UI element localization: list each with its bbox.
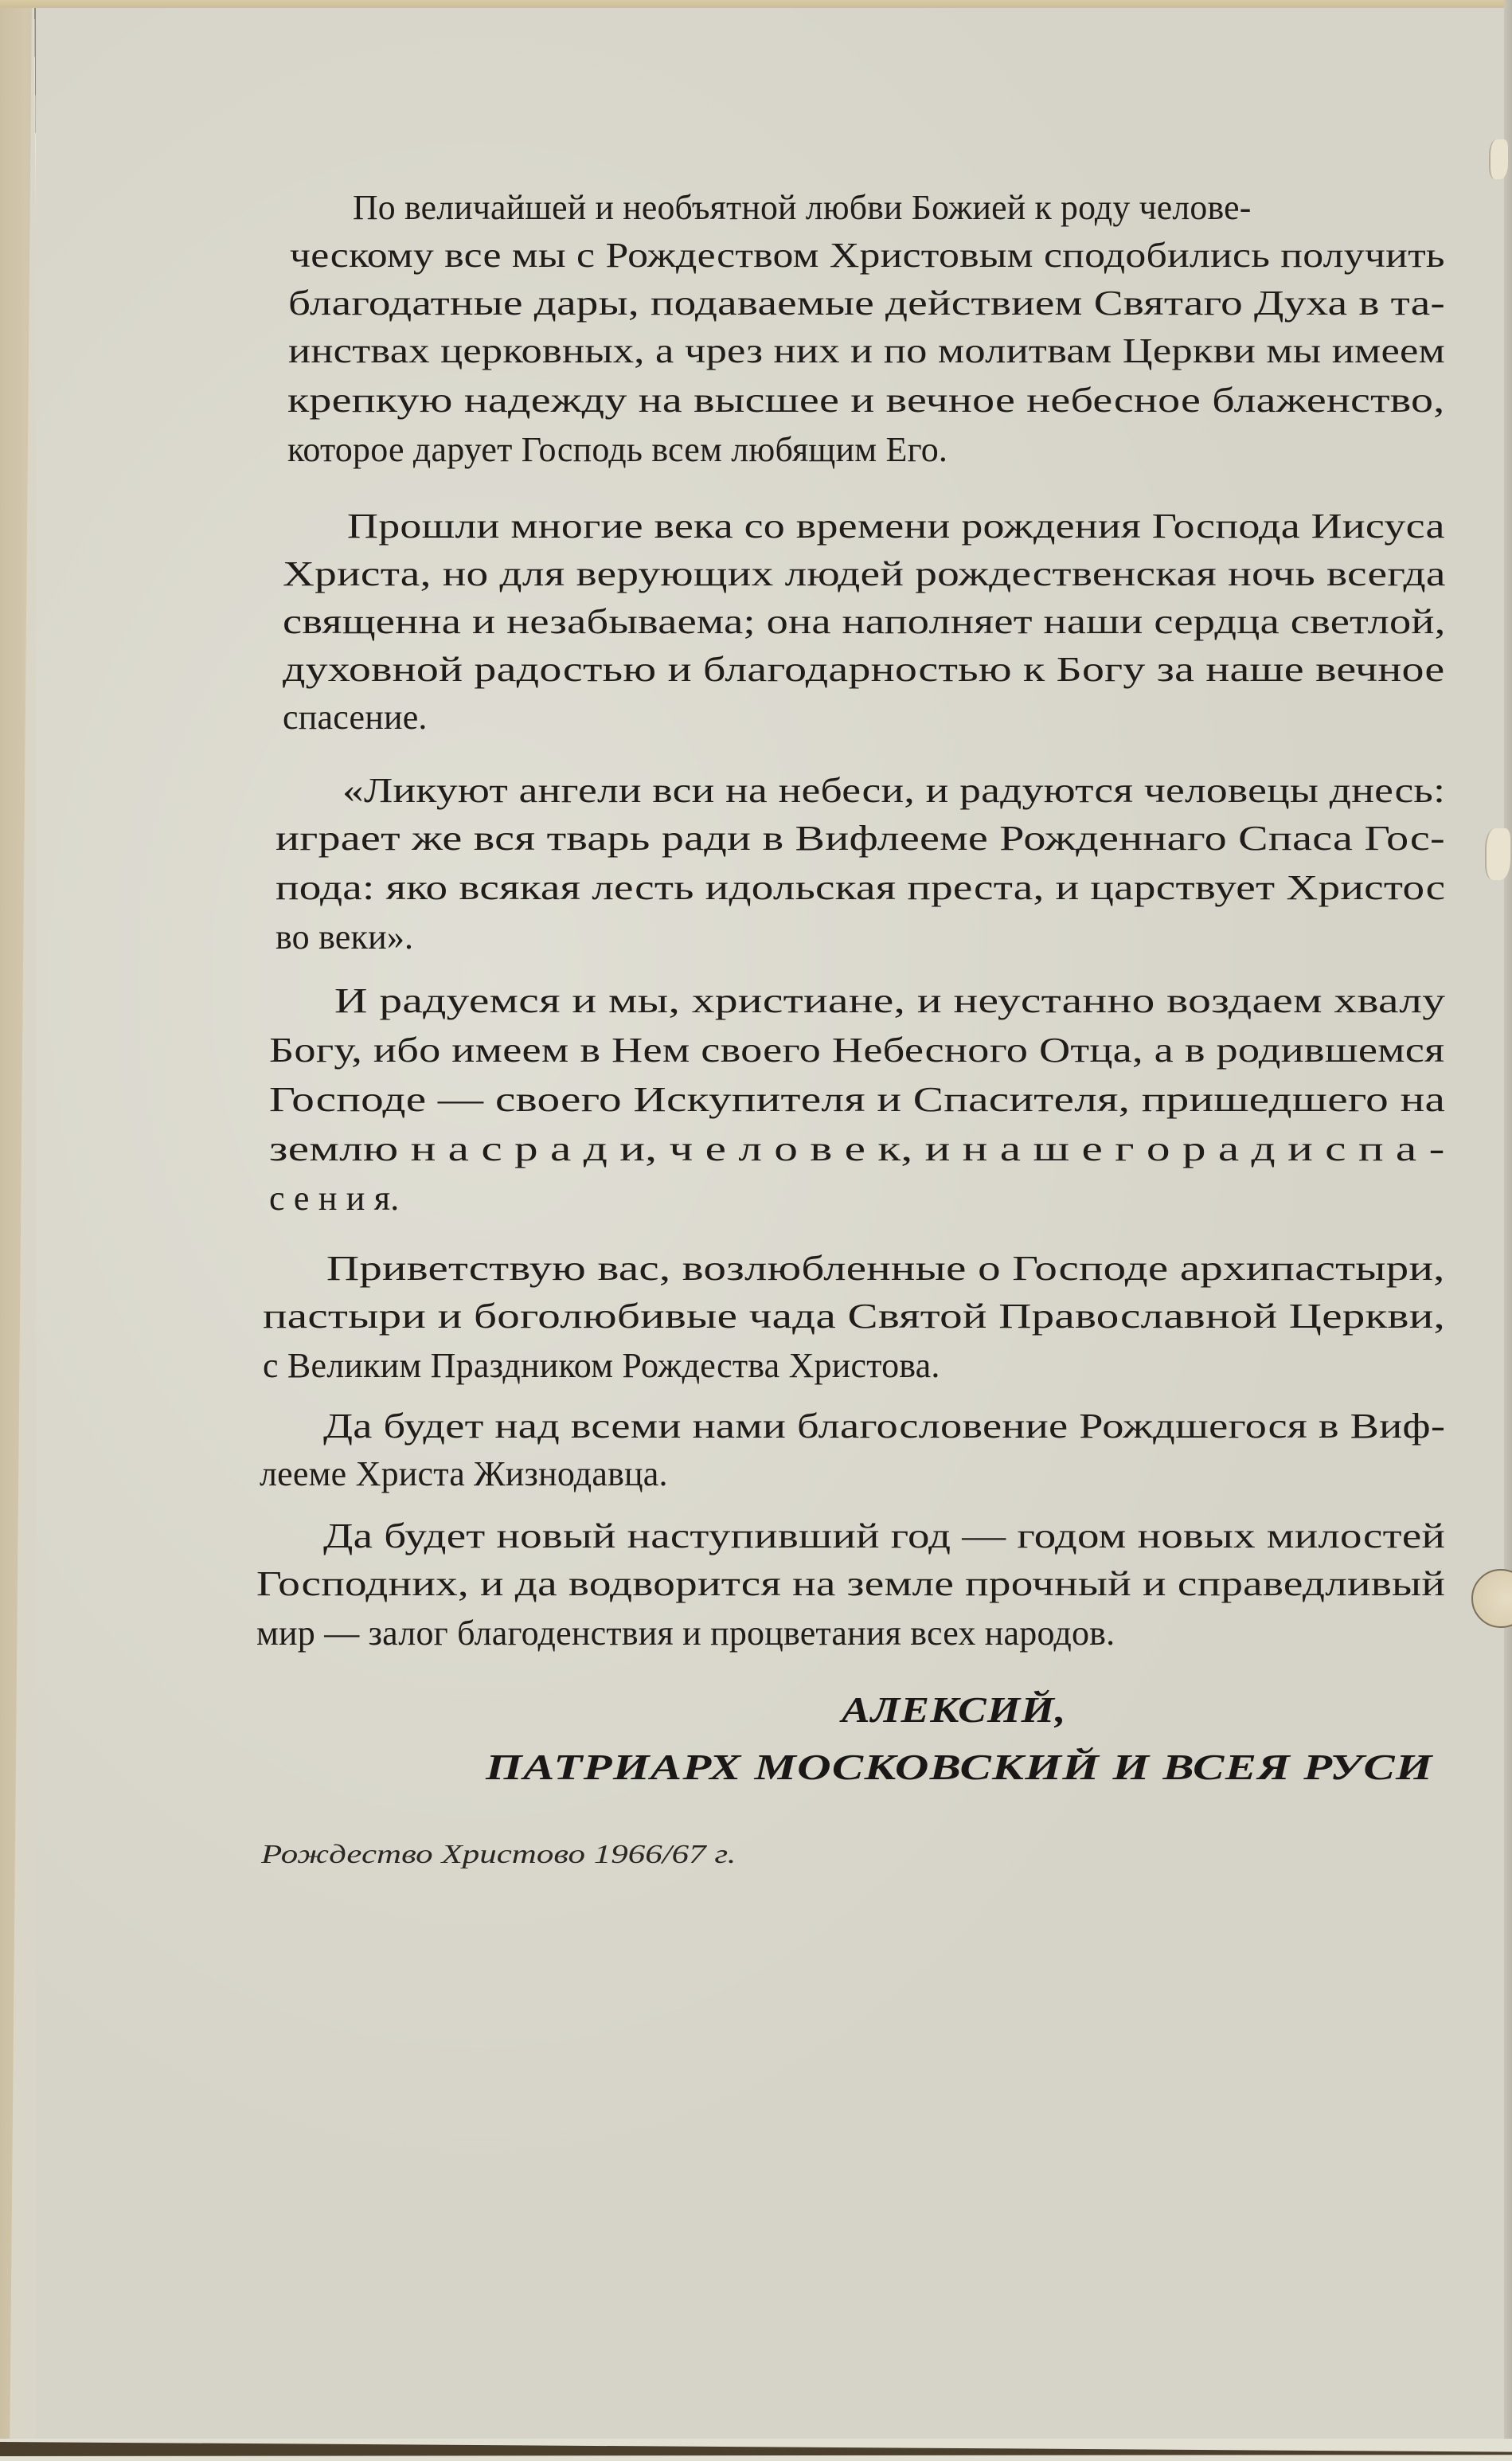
text-line: лееме Христа Жизнодавца.	[260, 1454, 668, 1494]
dateline: Рождество Христово 1966/67 г.	[261, 1840, 736, 1870]
scan-top-edge	[0, 0, 1512, 8]
text-line: Прошли многие века со времени рождения Г…	[347, 507, 1445, 546]
text-line: спасение.	[283, 698, 428, 738]
scan-bottom-edge	[0, 2439, 1512, 2461]
edge-tear-middle	[1485, 828, 1510, 880]
text-line: пода: яко всякая лесть идольская преста,…	[275, 868, 1445, 908]
text-line: во веки».	[275, 917, 413, 957]
text-line: ческому все мы с Рождеством Христовым сп…	[290, 236, 1445, 276]
text-line: благодатные дары, подаваемые действием С…	[288, 284, 1445, 323]
text-line: инствах церковных, а чрез них и по молит…	[288, 331, 1445, 371]
scan-left-margin-strip	[0, 0, 32, 2461]
text-line: пастыри и боголюбивые чада Святой Правос…	[263, 1297, 1445, 1336]
text-line: с е н и я.	[269, 1179, 399, 1219]
paper-page	[36, 6, 1512, 2441]
text-line: «Ликуют ангели вси на небеси, и радуются…	[342, 771, 1445, 811]
text-line: с Великим Праздником Рождества Христова.	[263, 1346, 940, 1386]
text-line: землю н а с р а д и, ч е л о в е к, и н …	[269, 1129, 1445, 1169]
text-line: Да будет над всеми нами благословение Ро…	[323, 1407, 1445, 1446]
text-line: Богу, ибо имеем в Нем своего Небесного О…	[269, 1031, 1444, 1070]
text-line: И радуемся и мы, христиане, и неустанно …	[334, 981, 1445, 1021]
text-line: Приветствую вас, возлюбленные о Господе …	[326, 1249, 1445, 1289]
text-line: мир — залог благоденствия и процветания …	[256, 1614, 1115, 1653]
text-line: крепкую надежду на высшее и вечное небес…	[287, 381, 1444, 421]
text-line: Господе — своего Искупителя и Спасителя,…	[269, 1080, 1445, 1120]
text-line: По величайшей и необъятной любви Божией …	[353, 188, 1445, 228]
scan-right-edge	[1504, 0, 1512, 2461]
text-line: священна и незабываема; она наполняет на…	[283, 602, 1446, 642]
signature-title: ПАТРИАРХ МОСКОВСКИЙ И ВСЕЯ РУСИ	[486, 1746, 1433, 1788]
text-line: духовной радостью и благодарностью к Бог…	[283, 650, 1444, 690]
text-line: играет же вся тварь ради в Вифлееме Рожд…	[275, 819, 1445, 859]
text-line: которое дарует Господь всем любящим Его.	[287, 430, 947, 470]
text-line: Да будет новый наступивший год — годом н…	[323, 1516, 1445, 1556]
text-line: Христа, но для верующих людей рождествен…	[283, 554, 1446, 594]
edge-tear-top	[1489, 139, 1508, 179]
text-line: Господних, и да водворится на земле проч…	[256, 1564, 1445, 1604]
signature-name: АЛЕКСИЙ,	[842, 1688, 1067, 1731]
